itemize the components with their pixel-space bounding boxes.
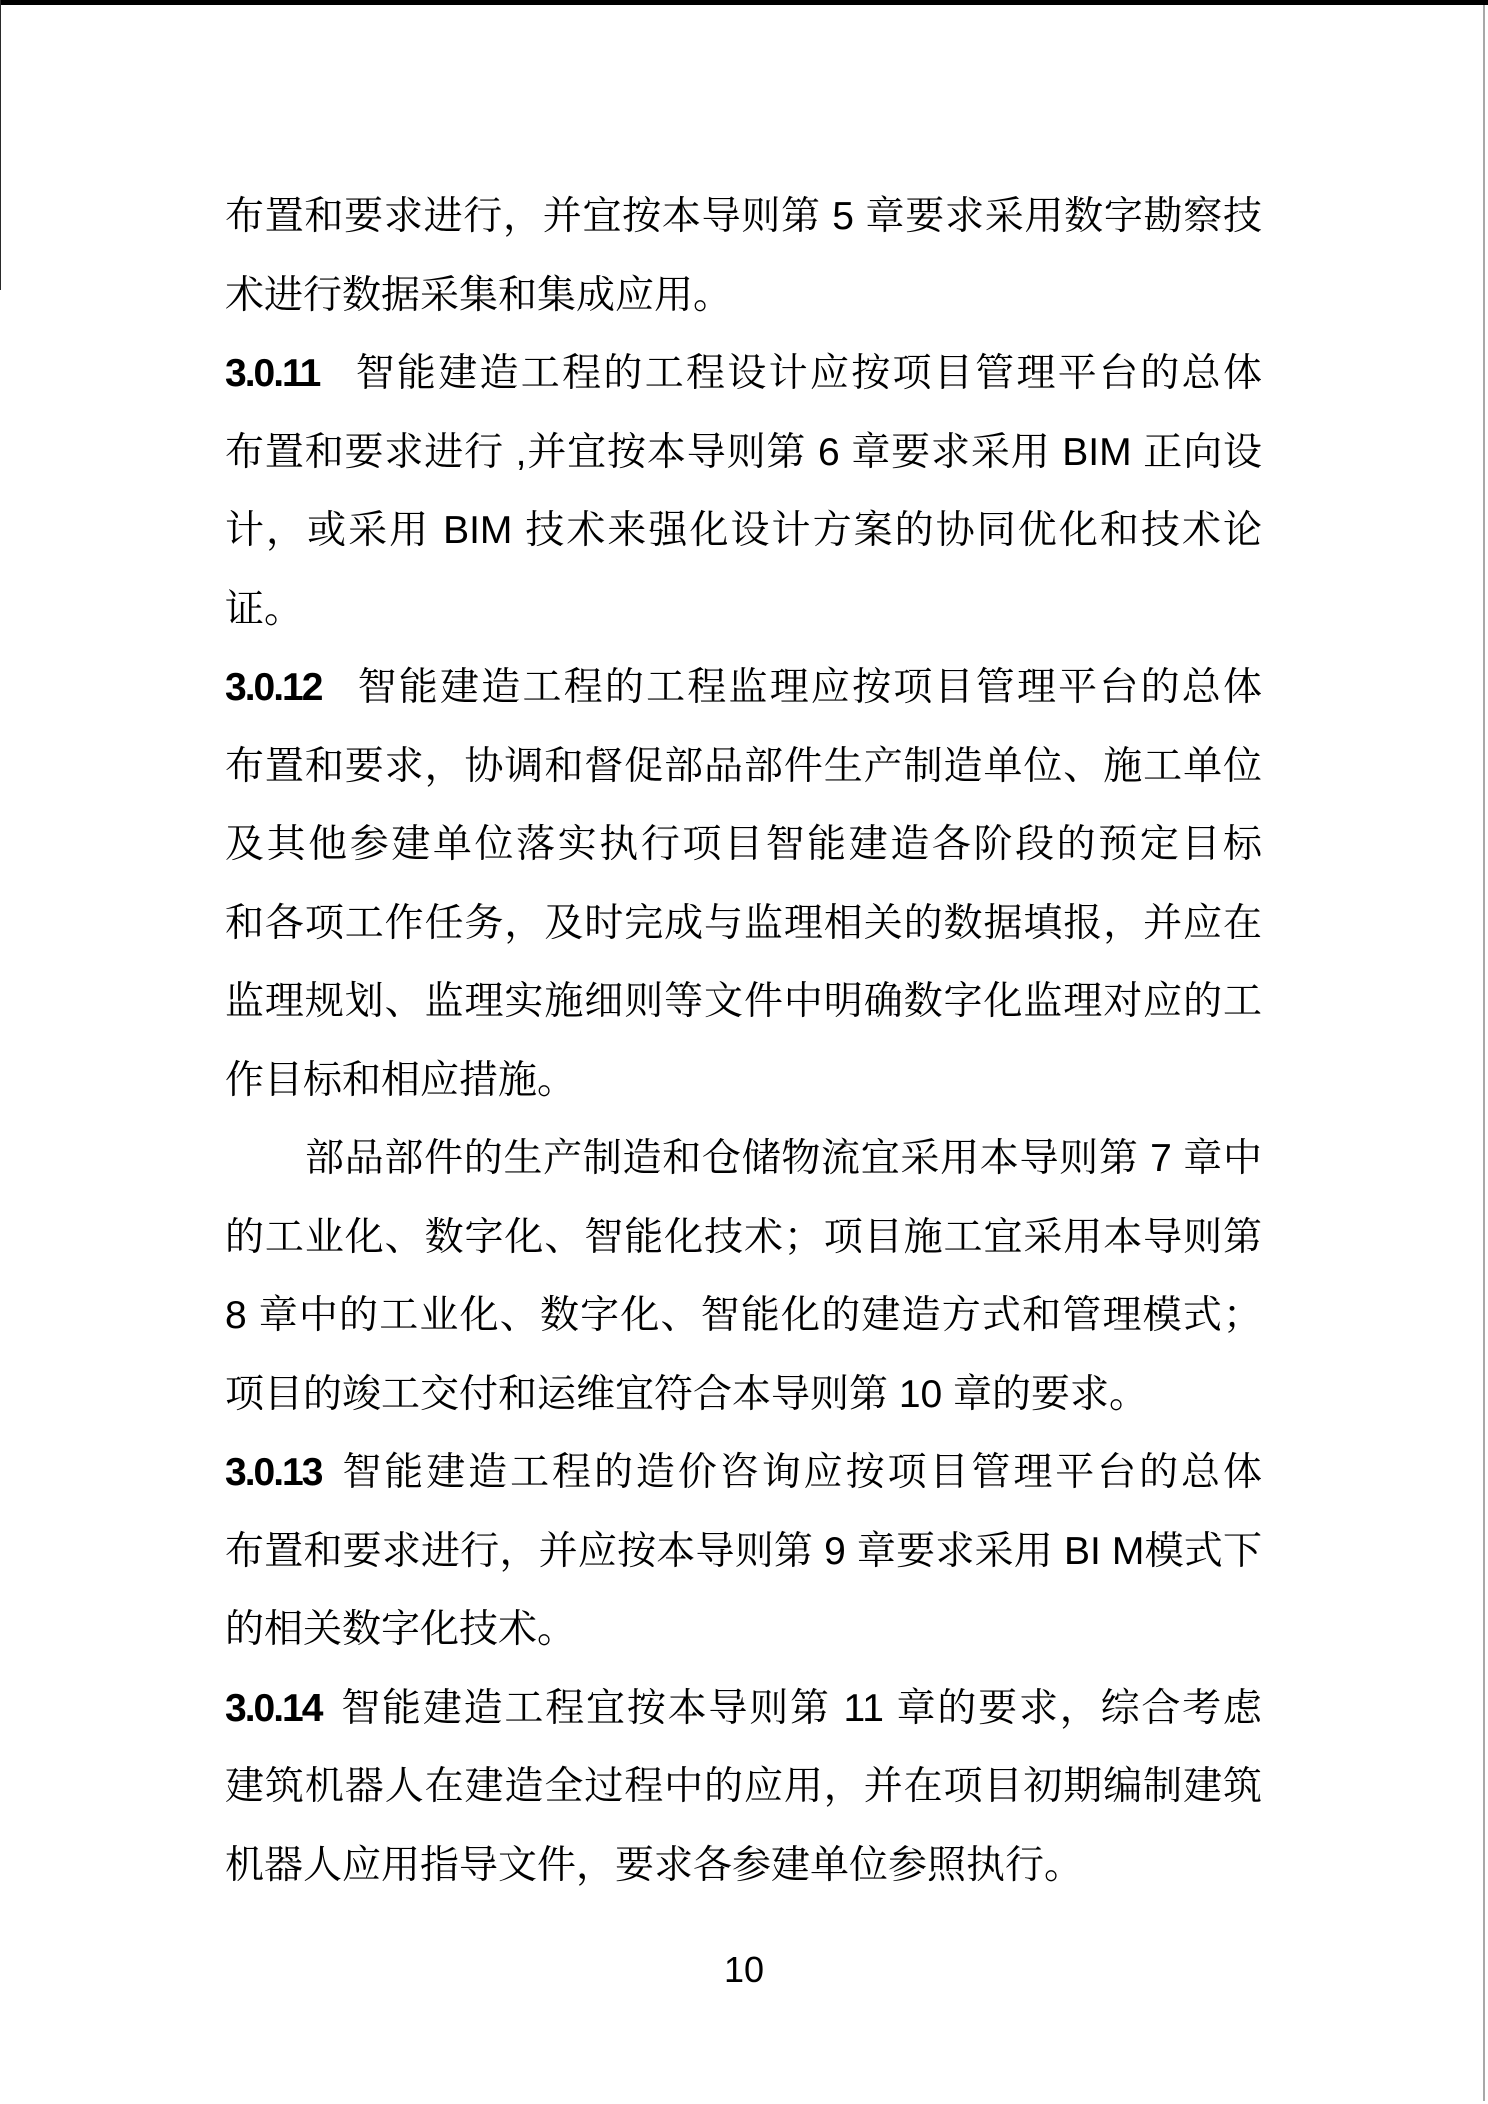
line-text: 计，或采用 BIM 技术来强化设计方案的协同优化和技术论: [225, 509, 1262, 552]
line-text: 部品部件的生产制造和仓储物流宜采用本导则第 7 章中: [305, 1137, 1262, 1180]
text-line: 的工业化、数字化、智能化技术；项目施工宜采用本导则第: [225, 1199, 1262, 1278]
section-number: 3.0.12: [225, 666, 321, 709]
text-line: 建筑机器人在建造全过程中的应用，并在项目初期编制建筑: [225, 1748, 1262, 1827]
line-text: 布置和要求进行，并宜按本导则第 5 章要求采用数字勘察技: [225, 195, 1262, 238]
line-text: 布置和要求进行，并应按本导则第 9 章要求采用 BI M模式下: [225, 1530, 1262, 1573]
text-line: 布置和要求，协调和督促部品部件生产制造单位、施工单位: [225, 728, 1262, 807]
line-text: 作目标和相应措施。: [225, 1059, 576, 1102]
line-text: 和各项工作任务，及时完成与监理相关的数据填报，并应在: [225, 902, 1262, 945]
text-line: 监理规划、监理实施细则等文件中明确数字化监理对应的工: [225, 963, 1262, 1042]
page-left-edge-line: [0, 0, 1, 290]
line-text: 智能建造工程的工程设计应按项目管理平台的总体: [353, 352, 1262, 395]
section-number: 3.0.14: [225, 1687, 321, 1730]
line-text: 建筑机器人在建造全过程中的应用，并在项目初期编制建筑: [225, 1765, 1262, 1808]
line-text: 智能建造工程的工程监理应按项目管理平台的总体: [355, 666, 1262, 709]
text-line: 作目标和相应措施。: [225, 1042, 1262, 1121]
text-line: 部品部件的生产制造和仓储物流宜采用本导则第 7 章中: [225, 1120, 1262, 1199]
line-text: 布置和要求进行 ,并宜按本导则第 6 章要求采用 BIM 正向设: [225, 431, 1262, 474]
text-line: 术进行数据采集和集成应用。: [225, 257, 1262, 336]
line-text: 项目的竣工交付和运维宜符合本导则第 10 章的要求。: [225, 1373, 1148, 1416]
text-line: 及其他参建单位落实执行项目智能建造各阶段的预定目标: [225, 806, 1262, 885]
line-text: 智能建造工程宜按本导则第 11 章的要求，综合考虑: [339, 1687, 1262, 1730]
line-text: 证。: [225, 588, 303, 631]
text-line: 计，或采用 BIM 技术来强化设计方案的协同优化和技术论: [225, 492, 1262, 571]
text-line: 机器人应用指导文件，要求各参建单位参照执行。: [225, 1827, 1262, 1906]
page-number: 10: [0, 1948, 1488, 1992]
text-line: 3.0.11智能建造工程的工程设计应按项目管理平台的总体: [225, 335, 1262, 414]
line-text: 监理规划、监理实施细则等文件中明确数字化监理对应的工: [225, 980, 1262, 1023]
section-number: 3.0.11: [225, 352, 319, 395]
line-text: 智能建造工程的造价咨询应按项目管理平台的总体: [339, 1451, 1262, 1494]
line-text: 机器人应用指导文件，要求各参建单位参照执行。: [225, 1844, 1083, 1887]
text-line: 证。: [225, 571, 1262, 650]
text-line: 布置和要求进行，并应按本导则第 9 章要求采用 BI M模式下: [225, 1513, 1262, 1592]
page-top-border: [0, 0, 1488, 5]
text-line: 布置和要求进行 ,并宜按本导则第 6 章要求采用 BIM 正向设: [225, 414, 1262, 493]
line-text: 8 章中的工业化、数字化、智能化的建造方式和管理模式；: [225, 1294, 1262, 1337]
text-line: 布置和要求进行，并宜按本导则第 5 章要求采用数字勘察技: [225, 178, 1262, 257]
section-number: 3.0.13: [225, 1451, 321, 1494]
line-text: 布置和要求，协调和督促部品部件生产制造单位、施工单位: [225, 745, 1262, 788]
line-text: 的相关数字化技术。: [225, 1608, 576, 1651]
text-line: 3.0.14智能建造工程宜按本导则第 11 章的要求，综合考虑: [225, 1670, 1262, 1749]
line-text: 及其他参建单位落实执行项目智能建造各阶段的预定目标: [225, 823, 1262, 866]
page-right-edge-line: [1483, 5, 1485, 2101]
text-line: 8 章中的工业化、数字化、智能化的建造方式和管理模式；: [225, 1277, 1262, 1356]
line-text: 术进行数据采集和集成应用。: [225, 274, 732, 317]
text-line: 项目的竣工交付和运维宜符合本导则第 10 章的要求。: [225, 1356, 1262, 1435]
text-block: 布置和要求进行，并宜按本导则第 5 章要求采用数字勘察技术进行数据采集和集成应用…: [225, 178, 1262, 1905]
text-line: 3.0.13智能建造工程的造价咨询应按项目管理平台的总体: [225, 1434, 1262, 1513]
text-line: 和各项工作任务，及时完成与监理相关的数据填报，并应在: [225, 885, 1262, 964]
document-page: 布置和要求进行，并宜按本导则第 5 章要求采用数字勘察技术进行数据采集和集成应用…: [0, 0, 1488, 2104]
text-line: 3.0.12智能建造工程的工程监理应按项目管理平台的总体: [225, 649, 1262, 728]
line-text: 的工业化、数字化、智能化技术；项目施工宜采用本导则第: [225, 1216, 1262, 1259]
text-line: 的相关数字化技术。: [225, 1591, 1262, 1670]
